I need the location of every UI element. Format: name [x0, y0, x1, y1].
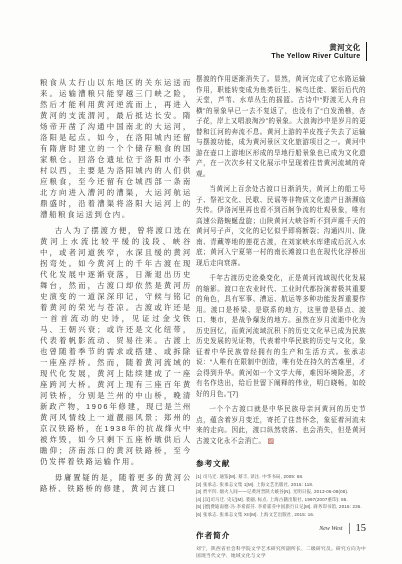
body-paragraph: 毋庸置疑的是，随着更多的黄河公路桥、铁路桥的修建，黄河古渡口 [40, 472, 192, 494]
body-paragraph: 当黄河上百余处古渡口日渐消失，黄河上的船工号子、祭祀文化、民歌、民谣等非物质文化… [196, 185, 366, 269]
body-paragraph-last: 一个个古渡口就是中华民族母亲河黄河的历史节点，蕴含着岁月变迁，寄托了往昔怀念，象… [196, 405, 366, 447]
magazine-page: 黄河文化 The Yellow River Culture 粮食从太行山以东地区… [0, 0, 402, 564]
references-list: [1] 司马迁. 通鉴[M]. 蔡丰, 译注. 中华书局, 2009: 68. … [196, 473, 366, 519]
reference-item: [2] 张承志. 张承志文集 1[M]. 上海文艺出版社, 2015: 118. [196, 481, 366, 489]
author-bio-text: 刘宁，陕西省社会科学院文学艺术研究所副所长、二级研究员。研究方向为中国现当代文学… [196, 545, 366, 559]
journal-name: New West [319, 526, 342, 532]
reference-item: [1] 司马迁. 通鉴[M]. 蔡丰, 译注. 中华书局, 2009: 68. [196, 473, 366, 481]
body-paragraph: 古人为了摆渡方便，曾将渡口选在黄河上水流比较平缓的浅段、峡谷中，或者河道狭窄，水… [40, 225, 192, 467]
page-header: 黄河文化 The Yellow River Culture [271, 42, 367, 61]
header-divider-rule [366, 42, 368, 61]
end-of-article-mark-icon: ▨ [267, 438, 274, 445]
closing-paragraph-text: 一个个古渡口就是中华民族母亲河黄河的历史节点，蕴含着岁月变迁，寄托了往昔怀念，象… [196, 406, 366, 445]
section-title-chinese: 黄河文化 [271, 43, 360, 52]
section-title-english: The Yellow River Culture [271, 52, 360, 61]
left-column: 粮食从太行山以东地区的关东运送而来。运输漕粮只能穿越三门峡之险，然后才能利用黄河… [40, 77, 192, 494]
reference-item: [5] [德]费迪南德·冯·李希霍芬. 李希霍芬中国旅行日记[M]. 商务印书馆… [196, 503, 366, 511]
page-number: 15 [356, 523, 367, 534]
body-paragraph: 摆渡的作用逐渐消失了。显然，黄河完成了它水路运输作用，职能转变成为鱼类衍生、候鸟… [196, 75, 366, 180]
footer-divider-rule [349, 523, 350, 534]
body-paragraph: 粮食从太行山以东地区的关东运送而来。运输漕粮只能穿越三门峡之险，然后才能利用黄河… [40, 77, 192, 220]
reference-item: [3] 贾平凹. 烟火人间——记黄河晋陕大峡谷[N]. 光明日报, 2013-0… [196, 488, 366, 496]
reference-item: [6] 张承志. 张承志文集 XII[M]. 上海文艺出版社, 2015: 16… [196, 511, 366, 519]
page-footer: New West 15 [319, 523, 366, 534]
section-title: 黄河文化 The Yellow River Culture [271, 43, 360, 61]
right-column: 摆渡的作用逐渐消失了。显然，黄河完成了它水路运输作用，职能转变成为鱼类衍生、候鸟… [196, 75, 366, 559]
reference-item: [4] [汉]司马迁. 史记[M]. 裴骃, 标点. 上海古籍出版社, 1997… [196, 496, 366, 504]
references-heading: 参考文献 [196, 458, 366, 469]
body-paragraph: 千年古渡历史沧桑变化，正是黄河流域现代化发展的缩影。渡口在农业时代、工业时代都扮… [196, 274, 366, 400]
